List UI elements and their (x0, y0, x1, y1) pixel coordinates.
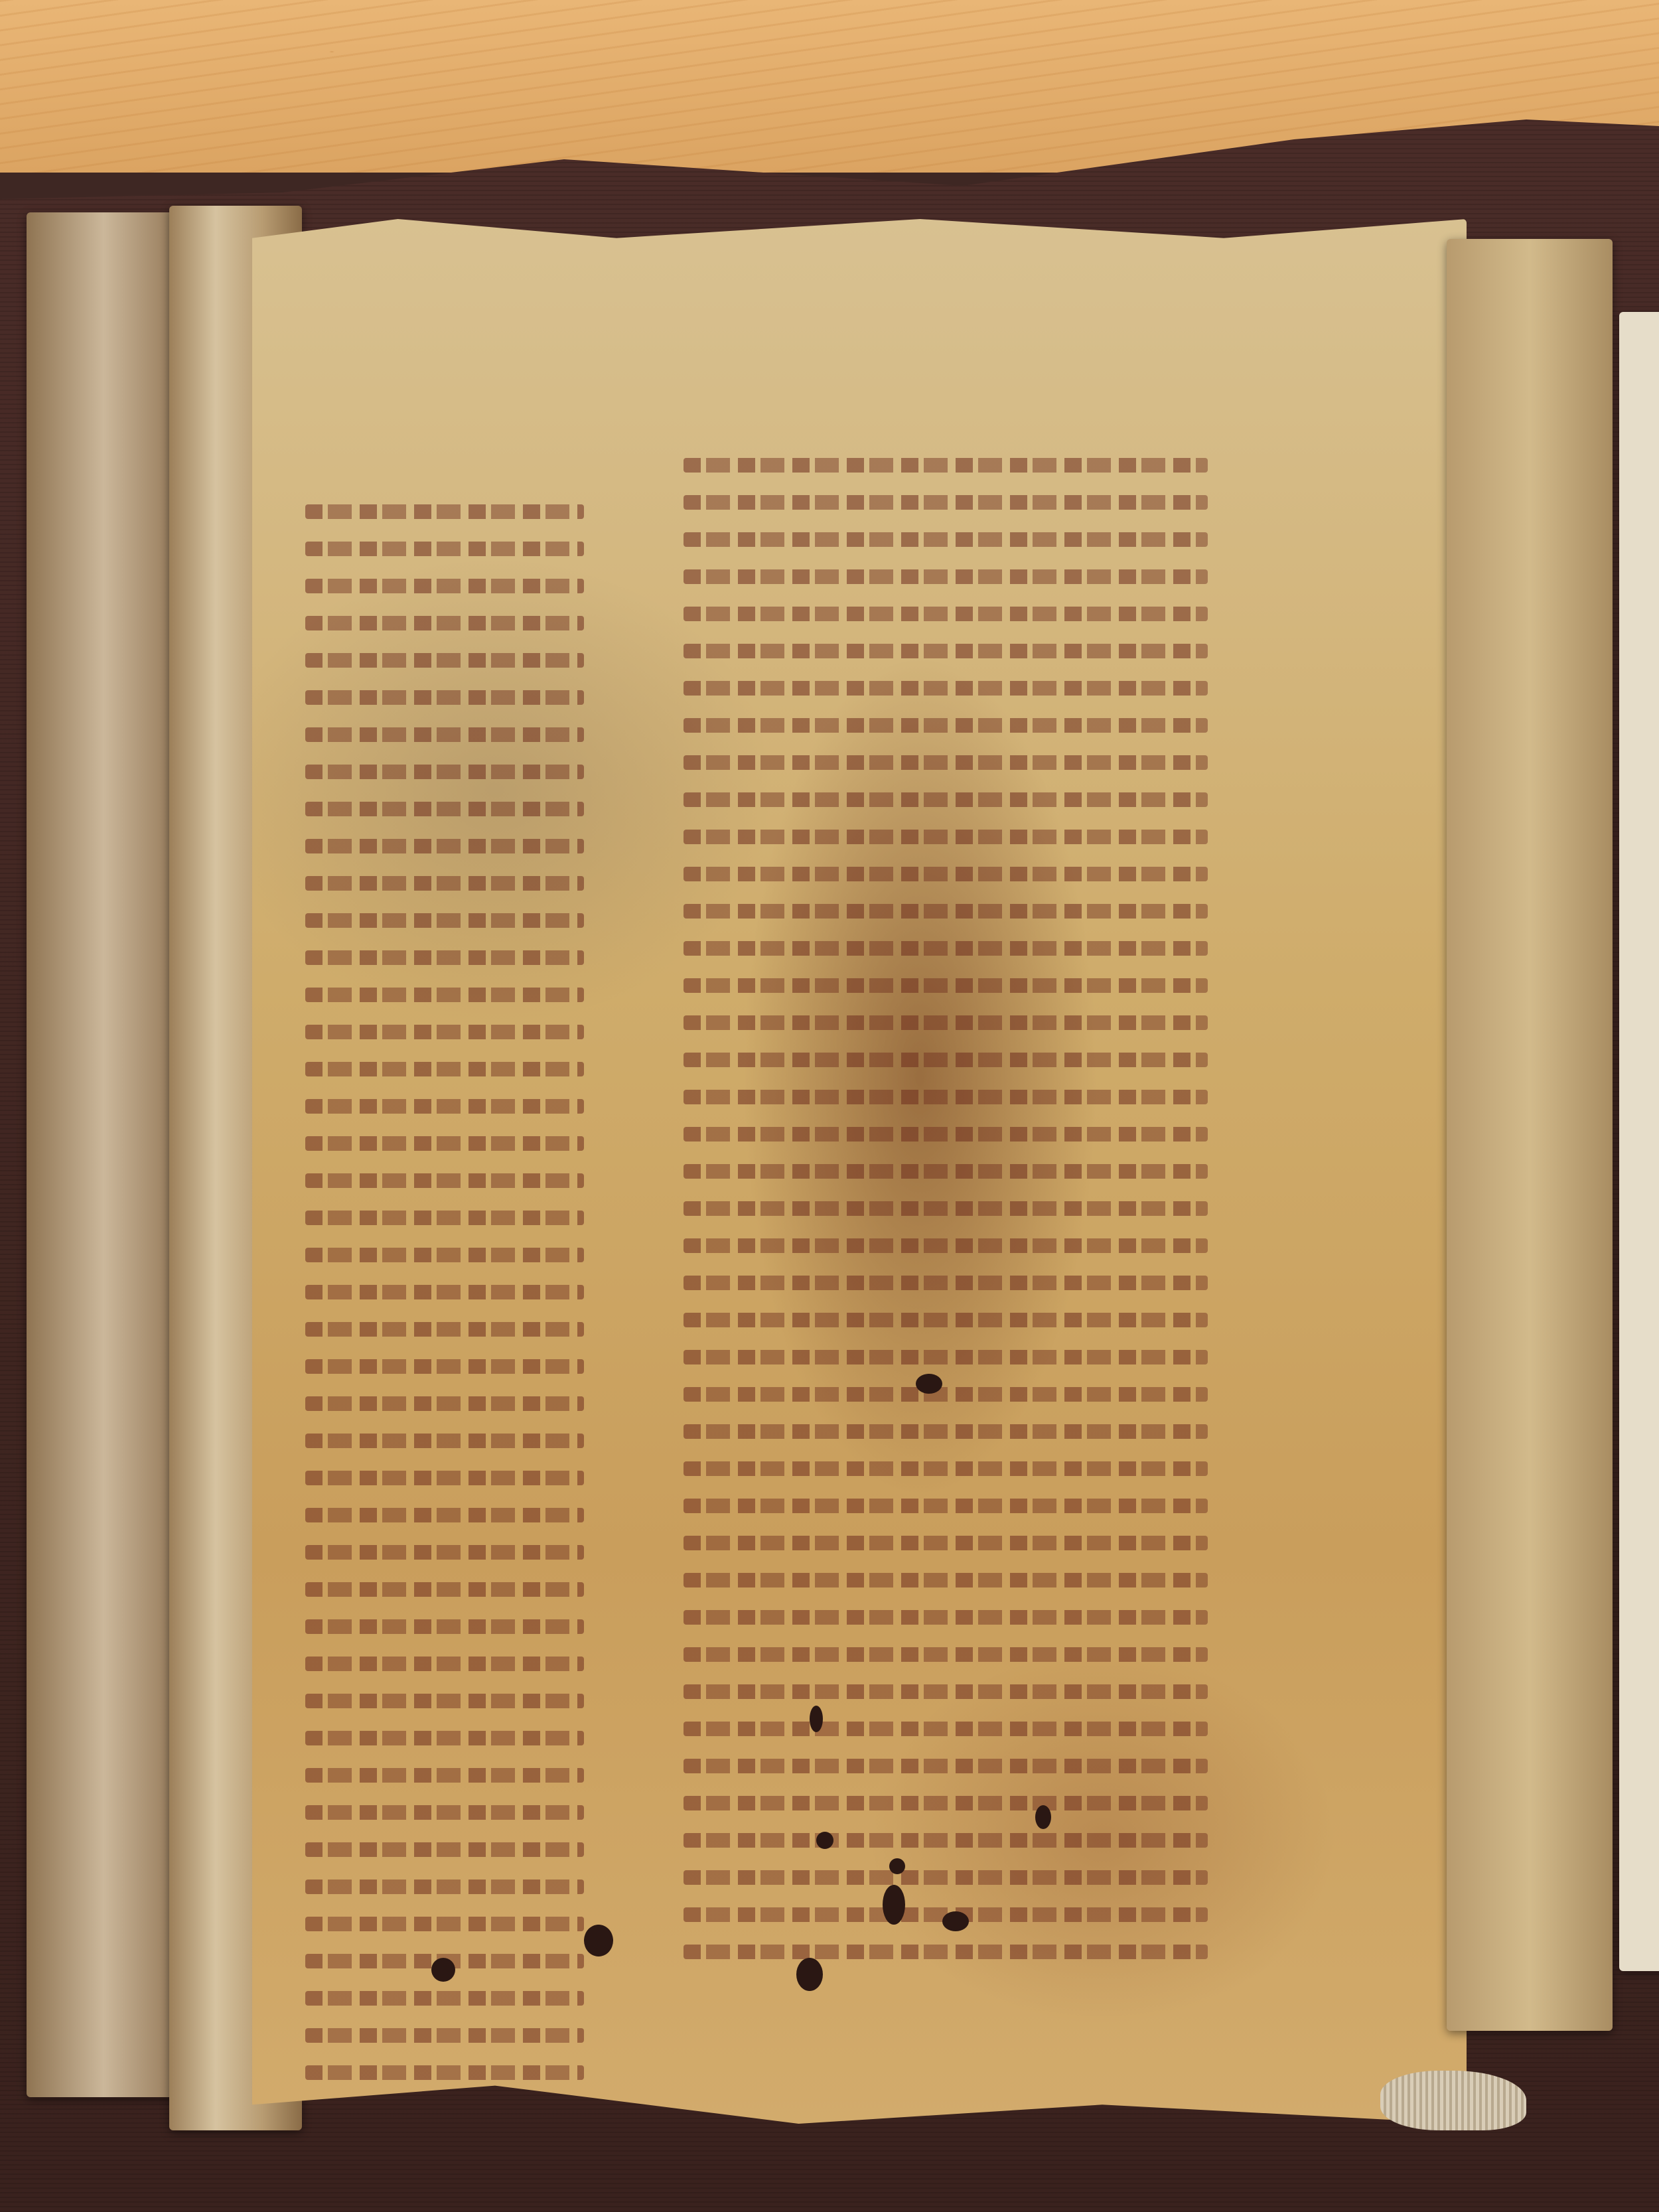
worm-hole (889, 1858, 905, 1874)
worm-hole (883, 1885, 905, 1925)
text-line (684, 830, 1208, 844)
text-line (684, 867, 1208, 881)
text-line (684, 495, 1208, 510)
text-line (305, 504, 584, 519)
text-line (684, 1276, 1208, 1290)
text-line (684, 1684, 1208, 1699)
text-line (684, 1387, 1208, 1402)
text-line (684, 1610, 1208, 1625)
text-line (305, 542, 584, 556)
text-line (684, 1759, 1208, 1773)
text-line (684, 1424, 1208, 1439)
text-line (305, 690, 584, 705)
text-line (305, 950, 584, 965)
text-line (684, 1870, 1208, 1885)
text-line (684, 1499, 1208, 1513)
text-line (305, 1731, 584, 1745)
text-line (305, 1285, 584, 1299)
text-line (305, 913, 584, 928)
text-line (305, 1768, 584, 1783)
worm-hole (810, 1706, 823, 1732)
text-line (305, 1880, 584, 1894)
text-line (305, 802, 584, 816)
text-line (684, 681, 1208, 696)
text-line (305, 2065, 584, 2080)
text-line (305, 765, 584, 779)
text-line (305, 1062, 584, 1076)
worm-hole (431, 1958, 455, 1982)
text-line (305, 1842, 584, 1857)
text-line (305, 1991, 584, 2006)
text-line (305, 1805, 584, 1820)
text-line (305, 988, 584, 1002)
text-line (305, 1434, 584, 1448)
text-line (684, 1722, 1208, 1736)
text-line (305, 1694, 584, 1708)
text-column-right (684, 458, 1208, 1959)
worm-hole (1035, 1805, 1051, 1829)
text-line (305, 579, 584, 593)
text-line (684, 607, 1208, 621)
text-line (305, 1396, 584, 1411)
text-line (305, 1508, 584, 1522)
text-line (305, 1471, 584, 1485)
text-line (305, 1248, 584, 1262)
text-line (684, 1945, 1208, 1959)
worm-hole (942, 1911, 969, 1931)
text-line (684, 718, 1208, 733)
text-line (305, 1136, 584, 1151)
text-line (305, 876, 584, 891)
text-line (684, 1090, 1208, 1104)
text-line (305, 1173, 584, 1188)
text-line (305, 1582, 584, 1597)
text-column-left (305, 504, 584, 2080)
right-leaf-strip (1447, 239, 1613, 2031)
text-line (684, 1833, 1208, 1848)
text-line (305, 653, 584, 668)
text-line (684, 978, 1208, 993)
adjacent-page-edge (1619, 312, 1659, 1971)
text-line (305, 727, 584, 742)
frayed-fabric-fragment (1380, 2071, 1526, 2130)
text-line (305, 616, 584, 630)
text-line (684, 1164, 1208, 1179)
text-line (684, 1350, 1208, 1364)
text-line (305, 1359, 584, 1374)
text-line (684, 1201, 1208, 1216)
worm-hole (816, 1832, 833, 1849)
text-line (684, 755, 1208, 770)
text-line (305, 2028, 584, 2043)
text-line (684, 1796, 1208, 1810)
worm-hole (796, 1958, 823, 1991)
text-line (684, 941, 1208, 956)
text-line (684, 1313, 1208, 1327)
text-line (684, 904, 1208, 919)
text-line (305, 1322, 584, 1337)
text-line (684, 1536, 1208, 1550)
text-line (684, 1461, 1208, 1476)
text-line (305, 1917, 584, 1931)
text-line (305, 839, 584, 853)
worm-hole (584, 1925, 613, 1956)
text-line (305, 1211, 584, 1225)
text-line (305, 1025, 584, 1039)
text-line (684, 458, 1208, 473)
text-line (684, 1647, 1208, 1662)
text-line (684, 569, 1208, 584)
text-line (684, 1238, 1208, 1253)
text-line (684, 532, 1208, 547)
text-line (305, 1619, 584, 1634)
text-line (684, 792, 1208, 807)
text-line (305, 1657, 584, 1671)
text-line (305, 1545, 584, 1560)
worm-hole (916, 1374, 942, 1394)
text-line (684, 1127, 1208, 1142)
text-line (684, 644, 1208, 658)
text-line (684, 1053, 1208, 1067)
text-line (305, 1099, 584, 1114)
text-line (684, 1573, 1208, 1587)
text-line (684, 1015, 1208, 1030)
